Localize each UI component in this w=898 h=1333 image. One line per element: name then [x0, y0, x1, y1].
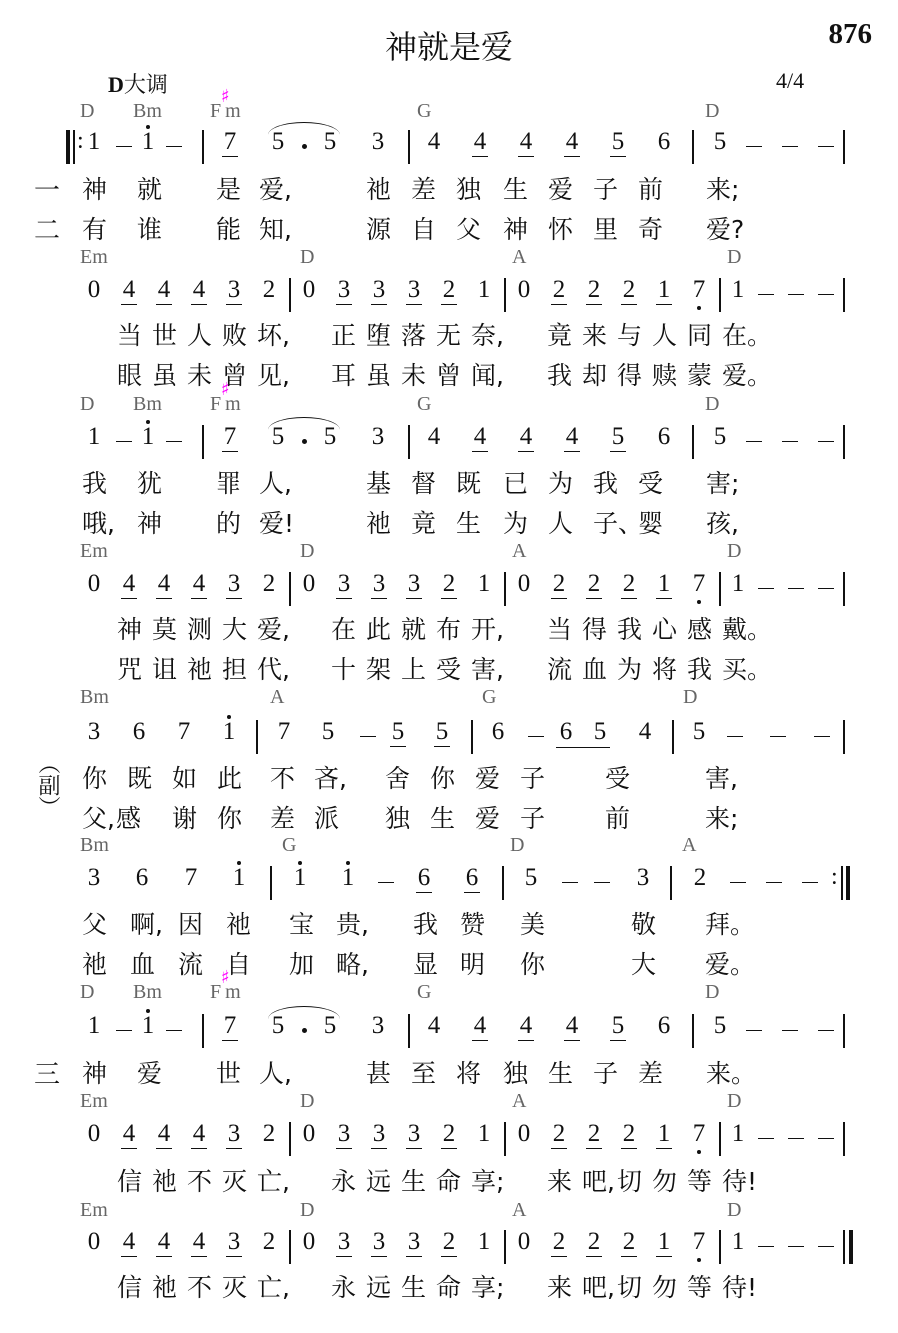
barline: [843, 720, 845, 754]
lyric-syllable: 信: [117, 1162, 142, 1198]
note: 2: [436, 276, 462, 304]
chord-symbol: D: [510, 834, 524, 857]
note: 1: [651, 1228, 677, 1256]
lyric-syllable: 拜。: [705, 905, 755, 941]
lyric-syllable: 派: [314, 799, 339, 835]
lyric-syllable: 就: [137, 170, 162, 206]
dash-extension: [758, 588, 774, 589]
note: 5: [686, 718, 712, 746]
barline: [672, 720, 674, 754]
lyric-syllable: 来;: [706, 170, 739, 206]
lyric-syllable: 显: [413, 945, 438, 981]
lyric-syllable: 加: [289, 945, 314, 981]
note: 7: [686, 570, 712, 598]
beam-underline: [556, 747, 610, 748]
note: 4: [186, 570, 212, 598]
note: 2: [581, 1120, 607, 1148]
note: 4: [559, 423, 585, 451]
note: 4: [151, 1228, 177, 1256]
note: 6: [651, 423, 677, 451]
note: 2: [581, 570, 607, 598]
chord-symbol: D: [705, 100, 719, 123]
lyric-syllable: 信: [117, 1268, 142, 1304]
lyric-syllable: 赞: [460, 905, 485, 941]
sharp-icon: ♯: [221, 967, 230, 988]
lyric-syllable: 竟: [547, 316, 572, 352]
lyric-syllable: 不: [187, 1268, 212, 1304]
dash-extension: [818, 441, 834, 442]
lyric-syllable: 前: [638, 170, 663, 206]
note: 3: [401, 1228, 427, 1256]
lyric-syllable: 为: [617, 650, 642, 686]
note: 0: [81, 1228, 107, 1256]
note: 3: [221, 276, 247, 304]
note: 5: [429, 718, 455, 746]
barline: [289, 1122, 291, 1156]
repeat-end-barline: [846, 866, 850, 900]
dash-extension: [788, 294, 804, 295]
dash-extension: [378, 882, 394, 883]
dash-extension: [818, 294, 834, 295]
verse-label-3: 三: [34, 1054, 60, 1091]
chord-symbol: A: [682, 834, 696, 857]
lyric-syllable: 来;: [705, 799, 738, 835]
chord-symbol: D: [300, 246, 314, 269]
dash-extension: [818, 1138, 834, 1139]
note: 2: [616, 570, 642, 598]
chord-symbol: G: [417, 981, 431, 1004]
lyric-syllable: 祂: [82, 945, 107, 981]
lyric-syllable: 差: [638, 1054, 663, 1090]
dash-extension: [818, 146, 834, 147]
lyric-syllable: 就: [401, 610, 426, 646]
lyric-syllable: 你: [520, 945, 545, 981]
note: 4: [116, 570, 142, 598]
lyric-syllable: 诅: [152, 650, 177, 686]
dash-extension: [758, 1138, 774, 1139]
augmentation-dot: [302, 1028, 307, 1033]
note: 0: [81, 276, 107, 304]
lyric-syllable: 孩,: [706, 504, 739, 540]
lyric-syllable: 我: [82, 464, 107, 500]
note: 4: [559, 1012, 585, 1040]
note: 3: [366, 1120, 392, 1148]
note: 4: [116, 276, 142, 304]
lyric-syllable: 祂: [152, 1162, 177, 1198]
dash-extension: [782, 146, 798, 147]
chord-symbol: D: [705, 981, 719, 1004]
note: 0: [511, 570, 537, 598]
chord-symbol: D: [705, 393, 719, 416]
lyric-syllable: 自: [226, 945, 251, 981]
lyric-syllable: 在: [331, 610, 356, 646]
barline: [843, 1230, 845, 1264]
note: 0: [296, 276, 322, 304]
dash-extension: [782, 1030, 798, 1031]
lyric-syllable: 谁: [137, 210, 162, 246]
chord-symbol: Em: [80, 1199, 108, 1222]
lyric-syllable: 生: [401, 1268, 426, 1304]
verse-label-1: 一: [34, 170, 60, 207]
note: 1: [287, 864, 313, 892]
lyric-syllable: 生: [430, 799, 455, 835]
note: 0: [511, 276, 537, 304]
chord-symbol: A: [512, 1090, 526, 1113]
lyric-syllable: 十: [331, 650, 356, 686]
lyric-syllable: 感: [687, 610, 712, 646]
tie-arc: [268, 122, 340, 135]
note: 3: [331, 570, 357, 598]
lyric-syllable: 生: [548, 1054, 573, 1090]
note: 1: [135, 423, 161, 451]
lyric-syllable: 待!: [722, 1162, 757, 1198]
note: 4: [467, 423, 493, 451]
note: 5: [605, 128, 631, 156]
lyric-syllable: 的: [216, 504, 241, 540]
note: 3: [221, 1228, 247, 1256]
chord-symbol: D: [80, 393, 94, 416]
lyric-syllable: 明: [460, 945, 485, 981]
lyric-syllable: 爱,: [257, 610, 290, 646]
lyric-syllable: 咒: [117, 650, 142, 686]
lyric-syllable: 将: [456, 1054, 481, 1090]
note: 3: [401, 1120, 427, 1148]
lyric-syllable: 子: [593, 170, 618, 206]
lyric-syllable: 子、: [593, 504, 643, 540]
dash-extension: [788, 1246, 804, 1247]
dash-extension: [727, 736, 743, 737]
lyric-syllable: 美: [520, 905, 545, 941]
lyric-syllable: 待!: [722, 1268, 757, 1304]
lyric-syllable: 亡,: [257, 1268, 290, 1304]
lyric-syllable: 独: [456, 170, 481, 206]
barline: [692, 425, 694, 459]
chorus-label: ︵副︶: [36, 752, 60, 818]
augmentation-dot: [302, 144, 307, 149]
chord-symbol: D: [727, 540, 741, 563]
chord-symbol: Bm: [133, 100, 162, 123]
note: 2: [256, 276, 282, 304]
chord-symbol: Bm: [80, 834, 109, 857]
lyric-syllable: 流: [178, 945, 203, 981]
chord-symbol: D: [727, 1090, 741, 1113]
note: 2: [436, 1120, 462, 1148]
dash-extension: [166, 1030, 182, 1031]
lyric-syllable: 曾: [436, 356, 461, 392]
lyric-syllable: 此: [217, 759, 242, 795]
lyric-syllable: 世: [152, 316, 177, 352]
note: 1: [725, 570, 751, 598]
lyric-syllable: 切: [617, 1268, 642, 1304]
chord-symbol: Bm: [80, 686, 109, 709]
note: 4: [116, 1228, 142, 1256]
repeat-start-barline: [66, 130, 70, 164]
lyric-syllable: 我: [687, 650, 712, 686]
dash-extension: [788, 588, 804, 589]
lyric-syllable: 心: [652, 610, 677, 646]
barline: [719, 1122, 721, 1156]
note: 2: [256, 1228, 282, 1256]
note: 7: [171, 718, 197, 746]
lyric-syllable: 子: [593, 1054, 618, 1090]
lyric-syllable: 戴。: [722, 610, 772, 646]
lyric-syllable: 在。: [722, 316, 772, 352]
lyric-syllable: 来: [547, 1268, 572, 1304]
lyric-syllable: 担: [222, 650, 247, 686]
note: 6: [651, 128, 677, 156]
note: 6: [553, 718, 579, 746]
note: 7: [217, 1012, 243, 1040]
note: 1: [335, 864, 361, 892]
lyric-syllable: 爱?: [706, 210, 744, 246]
note: 4: [186, 1228, 212, 1256]
lyric-syllable: 不: [187, 1162, 212, 1198]
time-signature: 4/4: [776, 68, 804, 94]
note: 0: [296, 1228, 322, 1256]
dash-extension: [802, 882, 818, 883]
lyric-syllable: 神: [82, 170, 107, 206]
chord-symbol: D: [300, 1199, 314, 1222]
note: 4: [151, 276, 177, 304]
note: 5: [587, 718, 613, 746]
key-signature: D大调: [108, 68, 168, 99]
note: 3: [331, 1228, 357, 1256]
lyric-syllable: 得: [582, 610, 607, 646]
chord-symbol: D: [80, 981, 94, 1004]
note: 3: [401, 276, 427, 304]
note: 1: [135, 1012, 161, 1040]
note: 1: [651, 1120, 677, 1148]
lyric-syllable: 亡,: [257, 1162, 290, 1198]
dash-extension: [116, 146, 132, 147]
chord-symbol: D: [300, 1090, 314, 1113]
note: 4: [632, 718, 658, 746]
note: 4: [186, 1120, 212, 1148]
note: 2: [436, 1228, 462, 1256]
note: 6: [651, 1012, 677, 1040]
note: 2: [546, 1228, 572, 1256]
note: 5: [707, 128, 733, 156]
lyric-syllable: 虽: [152, 356, 177, 392]
chord-symbol: G: [417, 100, 431, 123]
barline: [256, 720, 258, 754]
lyric-syllable: 爱: [137, 1054, 162, 1090]
note: 1: [651, 570, 677, 598]
lyric-syllable: 祂: [366, 170, 391, 206]
note: 1: [471, 570, 497, 598]
lyric-syllable: 远: [366, 1268, 391, 1304]
note: 1: [725, 1120, 751, 1148]
barline: [289, 278, 291, 312]
lyric-syllable: 吧,: [582, 1268, 615, 1304]
barline: [843, 278, 845, 312]
lyric-syllable: 灭: [222, 1162, 247, 1198]
tie-arc: [268, 1006, 340, 1019]
barline: [841, 866, 843, 900]
lyric-syllable: 享;: [471, 1162, 504, 1198]
note: 4: [116, 1120, 142, 1148]
note: 3: [365, 128, 391, 156]
lyric-syllable: 奇: [638, 210, 663, 246]
lyric-syllable: 甚: [366, 1054, 391, 1090]
lyric-syllable: 神: [503, 210, 528, 246]
dash-extension: [360, 736, 376, 737]
key-letter: D: [108, 72, 124, 97]
barline: [504, 1122, 506, 1156]
lyric-syllable: 生: [456, 504, 481, 540]
note: 6: [411, 864, 437, 892]
lyric-syllable: 爱!: [259, 504, 294, 540]
note: 4: [513, 1012, 539, 1040]
repeat-start-dots: :: [77, 128, 84, 155]
dash-extension: [782, 441, 798, 442]
lyric-syllable: 莫: [152, 610, 177, 646]
lyric-syllable: 子: [520, 759, 545, 795]
note: 2: [581, 1228, 607, 1256]
lyric-syllable: 差: [411, 170, 436, 206]
lyric-syllable: 正: [331, 316, 356, 352]
note: 2: [546, 570, 572, 598]
barline: [843, 1122, 845, 1156]
chord-symbol: D: [727, 1199, 741, 1222]
lyric-syllable: 血: [582, 650, 607, 686]
lyric-syllable: 耳: [331, 356, 356, 392]
note: 3: [221, 1120, 247, 1148]
dash-extension: [730, 882, 746, 883]
note: 2: [581, 276, 607, 304]
lyric-syllable: 买。: [722, 650, 772, 686]
lyric-syllable: 我: [617, 610, 642, 646]
lyric-syllable: 人: [187, 316, 212, 352]
lyric-syllable: 贵,: [336, 905, 369, 941]
lyric-syllable: 宝: [289, 905, 314, 941]
lyric-syllable: 眼: [117, 356, 142, 392]
barline: [670, 866, 672, 900]
barline: [843, 425, 845, 459]
lyric-syllable: 父,: [82, 799, 115, 835]
barline: [202, 1014, 204, 1048]
note: 5: [707, 423, 733, 451]
lyric-syllable: 却: [582, 356, 607, 392]
note: 7: [217, 128, 243, 156]
lyric-syllable: 来: [582, 316, 607, 352]
lyric-syllable: 你: [82, 759, 107, 795]
lyric-syllable: 独: [385, 799, 410, 835]
lyric-syllable: 流: [547, 650, 572, 686]
lyric-syllable: 此: [366, 610, 391, 646]
lyric-syllable: 大: [631, 945, 656, 981]
chord-symbol: G: [482, 686, 496, 709]
lyric-syllable: 人,: [259, 464, 292, 500]
lyric-syllable: 祂: [187, 650, 212, 686]
lyric-syllable: 坏,: [257, 316, 290, 352]
dash-extension: [814, 736, 830, 737]
barline: [692, 130, 694, 164]
lyric-syllable: 你: [217, 799, 242, 835]
lyric-syllable: 代,: [257, 650, 290, 686]
note: 4: [421, 1012, 447, 1040]
chord-symbol: Em: [80, 1090, 108, 1113]
lyric-syllable: 落: [401, 316, 426, 352]
lyric-syllable: 败: [222, 316, 247, 352]
lyric-syllable: 婴: [638, 504, 663, 540]
lyric-syllable: 见,: [257, 356, 290, 392]
lyric-syllable: 祂: [366, 504, 391, 540]
lyric-syllable: 害,: [705, 759, 738, 795]
note: 5: [605, 1012, 631, 1040]
lyric-syllable: 基: [366, 464, 391, 500]
lyric-syllable: 父: [82, 905, 107, 941]
dash-extension: [818, 588, 834, 589]
note: 4: [421, 423, 447, 451]
dash-extension: [788, 1138, 804, 1139]
barline: [719, 1230, 721, 1264]
note: 3: [331, 1120, 357, 1148]
chord-symbol: Em: [80, 246, 108, 269]
lyric-syllable: 架: [366, 650, 391, 686]
lyric-syllable: 血: [130, 945, 155, 981]
lyric-syllable: 爱。: [722, 356, 772, 392]
lyric-syllable: 敬: [631, 905, 656, 941]
chord-symbol: Bm: [133, 981, 162, 1004]
lyric-syllable: 当: [117, 316, 142, 352]
lyric-syllable: 无: [436, 316, 461, 352]
lyric-syllable: 吝,: [314, 759, 347, 795]
lyric-syllable: 同: [687, 316, 712, 352]
chord-symbol: G: [417, 393, 431, 416]
lyric-syllable: 知,: [259, 210, 292, 246]
lyric-syllable: 你: [430, 759, 455, 795]
note: 1: [471, 1228, 497, 1256]
note: 5: [518, 864, 544, 892]
dash-extension: [746, 146, 762, 147]
lyric-syllable: 神: [82, 1054, 107, 1090]
lyric-syllable: 神: [137, 504, 162, 540]
barline: [408, 130, 410, 164]
note: 3: [401, 570, 427, 598]
lyric-syllable: 如: [172, 759, 197, 795]
lyric-syllable: 爱。: [705, 945, 755, 981]
lyric-syllable: 督: [411, 464, 436, 500]
note: 2: [616, 1120, 642, 1148]
dash-extension: [746, 441, 762, 442]
lyric-syllable: 有: [82, 210, 107, 246]
lyric-syllable: 爱: [475, 799, 500, 835]
barline: [843, 130, 845, 164]
dash-extension: [166, 146, 182, 147]
note: 7: [178, 864, 204, 892]
note: 1: [471, 276, 497, 304]
note: 4: [151, 570, 177, 598]
hymn-title: 神就是爱: [0, 22, 898, 68]
lyric-syllable: 既: [127, 759, 152, 795]
note: 1: [216, 718, 242, 746]
barline: [202, 130, 204, 164]
lyric-syllable: 上: [401, 650, 426, 686]
chord-symbol: A: [270, 686, 284, 709]
lyric-syllable: 我: [547, 356, 572, 392]
note: 0: [296, 1120, 322, 1148]
dash-extension: [166, 441, 182, 442]
dash-extension: [818, 1246, 834, 1247]
lyric-syllable: 差: [270, 799, 295, 835]
note: 3: [366, 570, 392, 598]
lyric-syllable: 得: [617, 356, 642, 392]
lyric-syllable: 远: [366, 1162, 391, 1198]
lyric-syllable: 人,: [259, 1054, 292, 1090]
lyric-syllable: 父: [456, 210, 481, 246]
key-label: 大调: [124, 73, 168, 98]
